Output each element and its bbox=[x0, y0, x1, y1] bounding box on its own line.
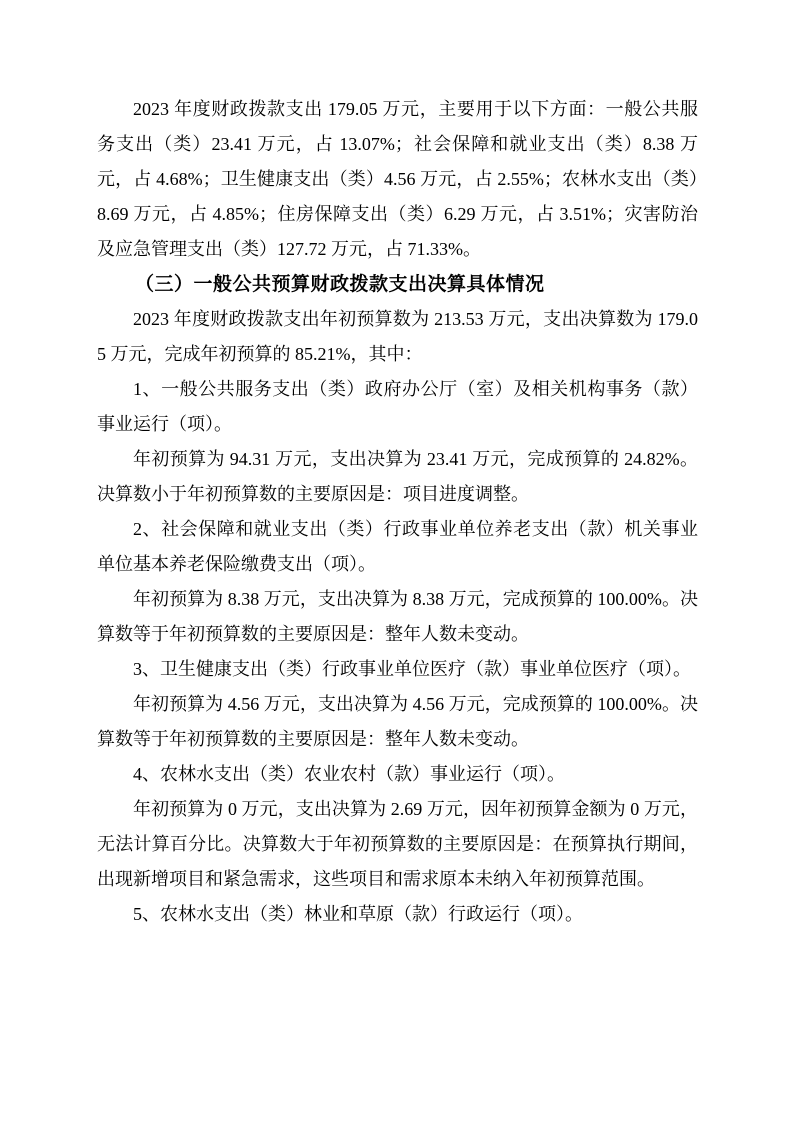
document-body: 2023 年度财政拨款支出 179.05 万元，主要用于以下方面：一般公共服务支… bbox=[97, 92, 698, 932]
paragraph: 2、社会保障和就业支出（类）行政事业单位养老支出（款）机关事业单位基本养老保险缴… bbox=[97, 512, 698, 582]
paragraph: 2023 年度财政拨款支出年初预算数为 213.53 万元，支出决算数为 179… bbox=[97, 302, 698, 372]
paragraph: 5、农林水支出（类）林业和草原（款）行政运行（项）。 bbox=[97, 897, 698, 932]
section-heading: （三）一般公共预算财政拨款支出决算具体情况 bbox=[97, 267, 698, 302]
paragraph: 年初预算为 4.56 万元，支出决算为 4.56 万元，完成预算的 100.00… bbox=[97, 687, 698, 757]
paragraph: 年初预算为 8.38 万元，支出决算为 8.38 万元，完成预算的 100.00… bbox=[97, 582, 698, 652]
paragraph: 4、农林水支出（类）农业农村（款）事业运行（项）。 bbox=[97, 757, 698, 792]
paragraph: 3、卫生健康支出（类）行政事业单位医疗（款）事业单位医疗（项）。 bbox=[97, 652, 698, 687]
paragraph: 2023 年度财政拨款支出 179.05 万元，主要用于以下方面：一般公共服务支… bbox=[97, 92, 698, 267]
paragraph: 年初预算为 0 万元，支出决算为 2.69 万元，因年初预算金额为 0 万元，无… bbox=[97, 792, 698, 897]
paragraph: 1、一般公共服务支出（类）政府办公厅（室）及相关机构事务（款）事业运行（项）。 bbox=[97, 372, 698, 442]
paragraph: 年初预算为 94.31 万元，支出决算为 23.41 万元，完成预算的 24.8… bbox=[97, 442, 698, 512]
document-page: 2023 年度财政拨款支出 179.05 万元，主要用于以下方面：一般公共服务支… bbox=[0, 0, 793, 1122]
